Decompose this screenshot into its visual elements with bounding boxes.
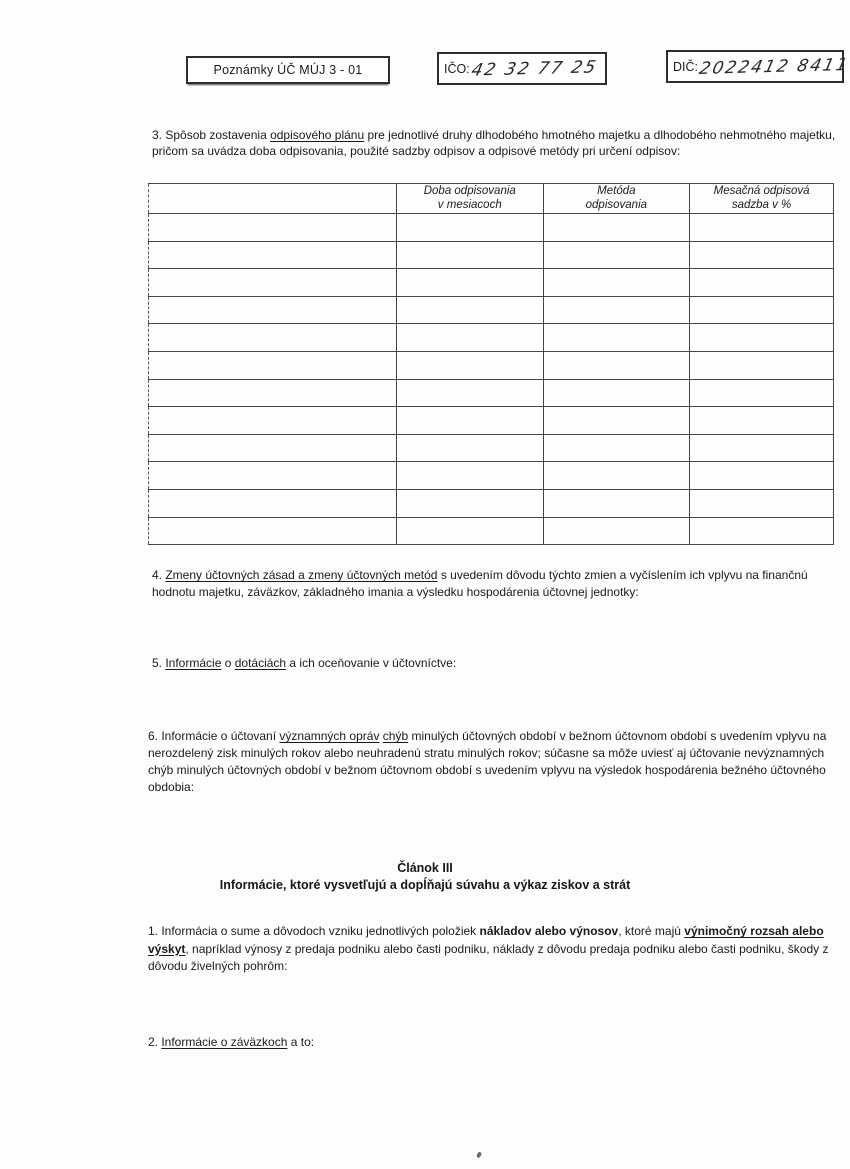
table-row <box>149 351 834 379</box>
table-cell <box>543 351 690 379</box>
table-cell <box>396 379 543 407</box>
table-row <box>149 517 834 545</box>
dic-label: DIČ: <box>673 60 698 74</box>
table-cell <box>396 489 543 517</box>
table-row <box>149 407 834 435</box>
scanned-form-page: Poznámky ÚČ MÚJ 3 - 01 IČO: 42 32 77 25 … <box>0 0 850 1169</box>
scan-speck <box>476 1151 482 1158</box>
table-cell <box>149 462 397 490</box>
table-cell <box>690 269 834 297</box>
table-cell <box>396 214 543 242</box>
paragraph-item-4: 4. Zmeny účtovných zásad a zmeny účtovný… <box>152 567 836 600</box>
text-segment: Informácie <box>165 656 221 670</box>
table-cell <box>396 269 543 297</box>
column-header-mesacna-sadzba: Mesačná odpisová sadzba v % <box>690 184 834 214</box>
dic-value-handwritten: 2022412 8411 <box>697 55 850 79</box>
table-cell <box>149 214 397 242</box>
table-cell <box>396 434 543 462</box>
table-cell <box>396 296 543 324</box>
table-cell <box>396 351 543 379</box>
text-segment: 6. Informácie o účtovaní <box>148 729 279 743</box>
text-segment: významných opráv <box>279 729 379 743</box>
table-body <box>149 214 834 545</box>
table-cell <box>149 296 397 324</box>
table-cell <box>543 462 690 490</box>
table-cell <box>543 407 690 435</box>
table-cell <box>396 324 543 352</box>
depreciation-table: Doba odpisovania v mesiacoch Metóda odpi… <box>148 183 834 545</box>
table-cell <box>690 379 834 407</box>
table-cell <box>690 462 834 490</box>
paragraph-item-3: 3. Spôsob zostavenia odpisového plánu pr… <box>152 128 836 159</box>
table-header-row: Doba odpisovania v mesiacoch Metóda odpi… <box>149 184 834 214</box>
table-cell <box>690 434 834 462</box>
table-cell <box>396 517 543 545</box>
table-cell <box>149 324 397 352</box>
column-header-item <box>149 184 397 214</box>
text-segment: , napríklad výnosy z predaja podniku ale… <box>148 942 828 974</box>
table-cell <box>543 379 690 407</box>
table-row <box>149 489 834 517</box>
text-segment: a ich oceňovanie v účtovníctve: <box>286 656 456 670</box>
table-cell <box>149 351 397 379</box>
table-cell <box>690 489 834 517</box>
table-cell <box>149 434 397 462</box>
table-cell <box>543 296 690 324</box>
table-cell <box>396 241 543 269</box>
table-cell <box>690 324 834 352</box>
table-row <box>149 379 834 407</box>
table-cell <box>149 269 397 297</box>
ico-box: IČO: 42 32 77 25 <box>437 52 607 85</box>
paragraph-item-1: 1. Informácia o sume a dôvodoch vzniku j… <box>148 923 842 976</box>
text-segment: o <box>221 656 234 670</box>
column-header-metoda-odpisovania: Metóda odpisovania <box>543 184 690 214</box>
text-segment: Zmeny účtovných zásad a zmeny účtovných … <box>165 568 437 582</box>
ico-value-handwritten: 42 32 77 25 <box>469 57 599 80</box>
text-segment: 1. Informácia o sume a dôvodoch vzniku j… <box>148 924 480 938</box>
table-cell <box>690 407 834 435</box>
table-cell <box>543 517 690 545</box>
text-segment: 5. <box>152 656 165 670</box>
table-cell <box>543 434 690 462</box>
table-cell <box>690 351 834 379</box>
table-cell <box>543 214 690 242</box>
paragraph-item-2: 2. Informácie o záväzkoch a to: <box>148 1035 568 1051</box>
table-cell <box>690 517 834 545</box>
text-segment: , ktoré majú <box>618 924 684 938</box>
table-row <box>149 241 834 269</box>
text-segment: 4. <box>152 568 165 582</box>
paragraph-item-6: 6. Informácie o účtovaní významných oprá… <box>148 728 840 796</box>
table-cell <box>149 379 397 407</box>
table-cell <box>543 324 690 352</box>
table-cell <box>396 462 543 490</box>
column-header-doba-odpisovania: Doba odpisovania v mesiacoch <box>396 184 543 214</box>
table-cell <box>543 269 690 297</box>
table-row <box>149 296 834 324</box>
table-cell <box>149 241 397 269</box>
text-segment: chýb <box>383 729 408 743</box>
paragraph-item-5: 5. Informácie o dotáciách a ich oceňovan… <box>152 656 772 672</box>
table-cell <box>690 214 834 242</box>
text-segment: 3. Spôsob zostavenia <box>152 128 270 142</box>
text-segment: nákladov alebo výnosov <box>480 924 619 938</box>
article-heading: Článok III Informácie, ktoré vysvetľujú … <box>0 860 850 894</box>
table-row <box>149 269 834 297</box>
article-title: Článok III <box>0 860 850 877</box>
table-cell <box>149 407 397 435</box>
table-cell <box>149 489 397 517</box>
table-cell <box>149 517 397 545</box>
table-cell <box>543 489 690 517</box>
text-segment: Informácie o záväzkoch <box>161 1035 287 1049</box>
dic-box: DIČ: 2022412 8411 <box>666 50 844 83</box>
form-title: Poznámky ÚČ MÚJ 3 - 01 <box>214 63 363 77</box>
form-title-box: Poznámky ÚČ MÚJ 3 - 01 <box>186 56 390 84</box>
ico-label: IČO: <box>444 62 470 76</box>
table-row <box>149 324 834 352</box>
table-cell <box>396 407 543 435</box>
table-row <box>149 462 834 490</box>
text-segment: 2. <box>148 1035 161 1049</box>
article-subtitle: Informácie, ktoré vysvetľujú a dopĺňajú … <box>0 877 850 894</box>
table-cell <box>543 241 690 269</box>
text-segment: dotáciách <box>235 656 286 670</box>
table-row <box>149 214 834 242</box>
text-segment: odpisového plánu <box>270 128 364 142</box>
table-row <box>149 434 834 462</box>
text-segment: a to: <box>287 1035 314 1049</box>
table-cell <box>690 241 834 269</box>
table-cell <box>690 296 834 324</box>
